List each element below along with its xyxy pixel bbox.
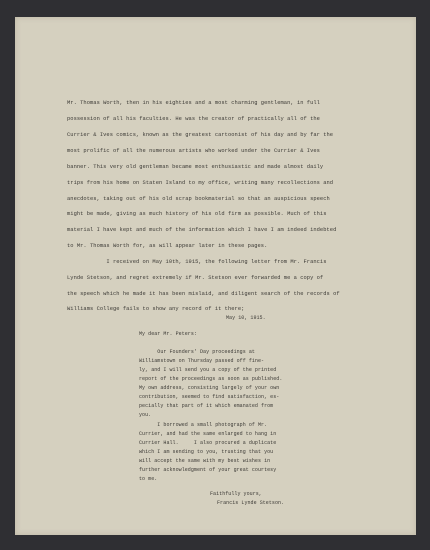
letter-line: Currier, and had the same enlarged to ha… — [139, 431, 276, 437]
letter-line: report of the proceedings as soon as pub… — [139, 376, 282, 382]
letter-line: I borrowed a small photograph of Mr. — [139, 422, 267, 428]
body-line: might be made, giving as much history of… — [67, 211, 327, 217]
letter-line: which I am sending to you, trusting that… — [139, 449, 273, 455]
letter-date: May 10, 1915. — [226, 315, 266, 321]
body-line: Mr. Thomas Worth, then in his eighties a… — [67, 100, 320, 106]
body-line: the speech which he made it has been mis… — [67, 291, 340, 297]
letter-line: Williamstown on Thursday passed off fine… — [139, 358, 264, 364]
letter-signature: Francis Lynde Stetson. — [217, 500, 284, 506]
letter-line: Currier Hall. I also procured a duplicat… — [139, 440, 276, 446]
body-line: most prolific of all the numerous artist… — [67, 148, 320, 154]
letter-line: Our Founders' Day proceedings at — [139, 349, 255, 355]
letter-line: pecially that part of it which emanated … — [139, 403, 273, 409]
body-line: Williams College fails to show any recor… — [67, 306, 244, 312]
letter-line: further acknowledgment of your great cou… — [139, 467, 276, 473]
letter-salutation: My dear Mr. Peters: — [139, 331, 197, 337]
typewritten-page: Mr. Thomas Worth, then in his eighties a… — [15, 17, 416, 535]
letter-closing: Faithfully yours, — [210, 491, 262, 497]
letter-line: contribution, seemed to find satisfactio… — [139, 394, 279, 400]
letter-line: will accept the same with my best wishes… — [139, 458, 270, 464]
body-line: material I have kept and much of the inf… — [67, 227, 336, 233]
body-line: to Mr. Thomas Worth for, as will appear … — [67, 243, 267, 249]
letter-line: you. — [139, 412, 151, 418]
letter-line: My own address, consisting largely of yo… — [139, 385, 279, 391]
letter-line: to me. — [139, 476, 157, 482]
body-line: trips from his home on Staten Island to … — [67, 180, 333, 186]
body-line: Lynde Stetson, and regret extremely if M… — [67, 275, 323, 281]
body-line: Currier & Ives comics, known as the grea… — [67, 132, 333, 138]
body-line: anecdotes, taking out of his old scrap b… — [67, 196, 330, 202]
letter-line: ly, and I will send you a copy of the pr… — [139, 367, 276, 373]
body-line: banner. This very old gentleman became m… — [67, 164, 323, 170]
body-line: possession of all his faculties. He was … — [67, 116, 320, 122]
body-line: I received on May 10th, 1915, the follow… — [67, 259, 327, 265]
